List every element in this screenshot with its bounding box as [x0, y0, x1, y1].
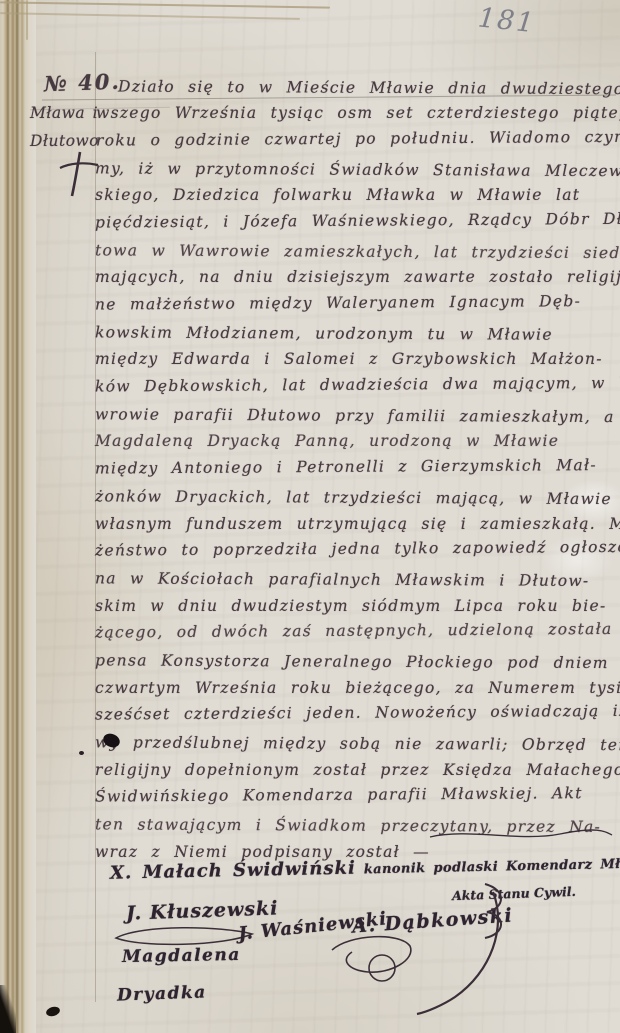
signature-officiant-name: X. Małach Świdwiński	[110, 858, 356, 884]
page-stack-top-edges	[0, 0, 340, 34]
act-text-line: żeństwo to poprzedziła jedna tylko zapow…	[30, 534, 616, 565]
act-text-line: Działo się to w Mieście Mławie dnia dwud…	[30, 73, 616, 103]
page-edge-line	[0, 1, 330, 8]
act-text-line: pensa Konsystorza Jeneralnego Płockiego …	[30, 647, 616, 677]
act-text-line: towa w Wawrowie zamieszkałych, lat trzyd…	[30, 237, 616, 267]
act-text-line: Dłutoworoku o godzinie czwartej po połud…	[30, 124, 616, 155]
act-text-line: między Antoniego i Petronelli z Gierzyms…	[30, 452, 616, 483]
signature-officiant-title: kanonik podlaski Komendarz Mławy utrzymu…	[364, 854, 620, 877]
page-edge-line	[0, 12, 300, 20]
margin-place-name: Mława i	[30, 100, 96, 127]
act-text-line: kowskim Młodzianem, urodzonym tu w Mławi…	[30, 319, 616, 349]
act-text-line: wrowie parafii Dłutowo przy familii zami…	[30, 401, 616, 431]
act-text-line: żącego, od dwóch zaś następnych, udzielo…	[30, 616, 616, 647]
ink-blot	[79, 751, 84, 755]
page-edge-line	[26, 0, 28, 40]
signature-bride-first-name: Magdalena	[122, 945, 241, 967]
act-text-line: na w Kościołach parafialnych Mławskim i …	[30, 565, 616, 595]
signature-witness-1: J. Kłuszewski	[126, 897, 279, 924]
act-text-line-body: roku o godzinie czwartej po południu. Wi…	[96, 127, 620, 149]
signature-flourish	[415, 882, 510, 1022]
signature-flourish	[330, 932, 416, 986]
act-text-line: my, iż w przytomności Świadków Stanisław…	[30, 155, 616, 185]
scan-corner-shadow	[0, 985, 16, 1033]
act-text-line: ne małżeństwo między Waleryanem Ignacym …	[30, 288, 616, 319]
act-text-line: pięćdziesiąt, i Józefa Waśniewskiego, Rz…	[30, 206, 616, 237]
act-text-line: żonków Dryackich, lat trzydzieści mającą…	[30, 483, 616, 513]
signature-bride-last-name: Dryadka	[117, 982, 207, 1005]
document-scan: 181 № 40. Działo się to w Mieście Mławie…	[0, 0, 620, 1033]
margin-place-name: Dłutowo	[30, 127, 96, 155]
act-text-line: sześćset czterdzieści jeden. Nowożeńcy o…	[30, 698, 616, 729]
closing-flourish-line	[428, 826, 614, 846]
act-text-line-body: wszego Września tysiąc osm set czterdzie…	[96, 104, 620, 122]
page-number: 181	[477, 2, 550, 40]
ink-blot	[45, 1005, 61, 1017]
act-body-text: Działo się to w Mieście Mławie dnia dwud…	[30, 73, 616, 866]
act-text-line: Świdwińskiego Komendarza parafii Mławski…	[30, 780, 616, 811]
act-text-line: ków Dębkowskich, lat dwadzieścia dwa maj…	[30, 370, 616, 401]
